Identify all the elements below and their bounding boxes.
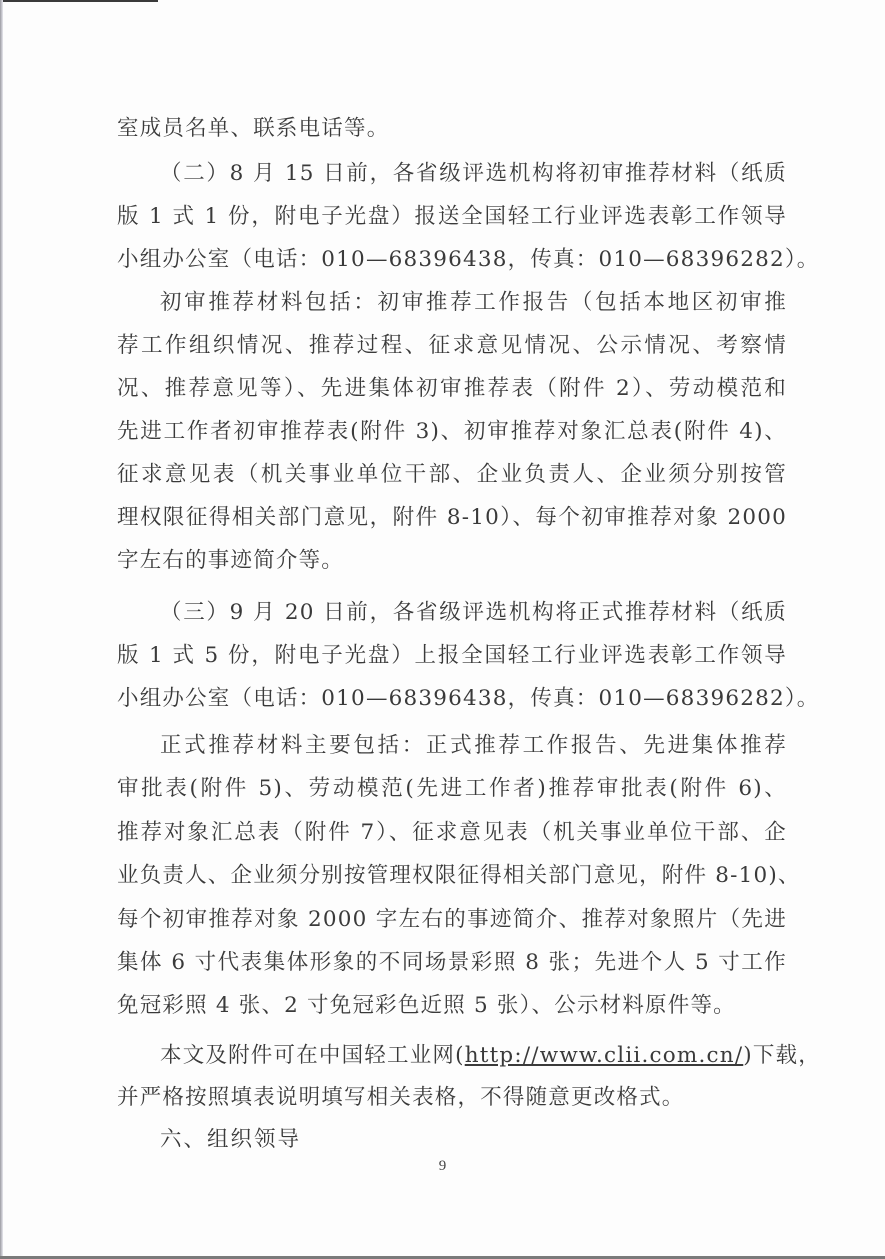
- text-segment: )下载，: [743, 1043, 821, 1068]
- text-segment: 本文及附件可在中国轻工业网(: [160, 1043, 465, 1068]
- text-line: 版 1 式 5 份，附电子光盘）上报全国轻工行业评选表彰工作领导: [117, 634, 787, 677]
- page-number: 9: [0, 1158, 885, 1175]
- text-line: 正式推荐材料主要包括：正式推荐工作报告、先进集体推荐: [160, 724, 787, 767]
- text-line: 理权限征得相关部门意见，附件 8-10）、每个初审推荐对象 2000: [117, 496, 787, 539]
- text-line: 每个初审推荐对象 2000 字左右的事迹简介、推荐对象照片（先进: [117, 898, 787, 941]
- text-line: 先进工作者初审推荐表(附件 3)、初审推荐对象汇总表(附件 4)、: [117, 410, 787, 453]
- text-line: 本文及附件可在中国轻工业网(http://www.clii.com.cn/)下载…: [160, 1034, 787, 1077]
- text-line: 小组办公室（电话：010—68396438，传真：010—68396282）。: [117, 238, 787, 281]
- text-line: 室成员名单、联系电话等。: [117, 107, 787, 150]
- text-line: 业负责人、企业须分别按管理权限征得相关部门意见，附件 8-10)、: [117, 854, 787, 897]
- text-line: 小组办公室（电话：010—68396438，传真：010—68396282）。: [117, 677, 787, 720]
- scan-edge-top: [0, 0, 158, 2]
- clii-website-link[interactable]: http://www.clii.com.cn/: [465, 1043, 744, 1068]
- text-line: 征求意见表（机关事业单位干部、企业负责人、企业须分别按管: [117, 453, 787, 496]
- text-line: （二）8 月 15 日前，各省级评选机构将初审推荐材料（纸质: [160, 152, 787, 195]
- text-line: 况、推荐意见等）、先进集体初审推荐表（附件 2）、劳动模范和: [117, 367, 787, 410]
- scan-edge-left: [0, 0, 3, 1259]
- text-line: （三）9 月 20 日前，各省级评选机构将正式推荐材料（纸质: [160, 591, 787, 634]
- text-line: 免冠彩照 4 张、2 寸免冠彩色近照 5 张）、公示材料原件等。: [117, 984, 787, 1027]
- text-line: 版 1 式 1 份，附电子光盘）报送全国轻工行业评选表彰工作领导: [117, 195, 787, 238]
- text-line: 初审推荐材料包括：初审推荐工作报告（包括本地区初审推: [160, 281, 787, 324]
- text-line: 荐工作组织情况、推荐过程、征求意见情况、公示情况、考察情: [117, 324, 787, 367]
- text-line: 推荐对象汇总表（附件 7）、征求意见表（机关事业单位干部、企: [117, 811, 787, 854]
- text-line: 并严格按照填表说明填写相关表格，不得随意更改格式。: [117, 1076, 787, 1119]
- text-line: 集体 6 寸代表集体形象的不同场景彩照 8 张；先进个人 5 寸工作: [117, 941, 787, 984]
- section-heading: 六、组织领导: [160, 1118, 787, 1161]
- text-line: 字左右的事迹简介等。: [117, 539, 787, 582]
- text-line: 审批表(附件 5)、劳动模范(先进工作者)推荐审批表(附件 6)、: [117, 767, 787, 810]
